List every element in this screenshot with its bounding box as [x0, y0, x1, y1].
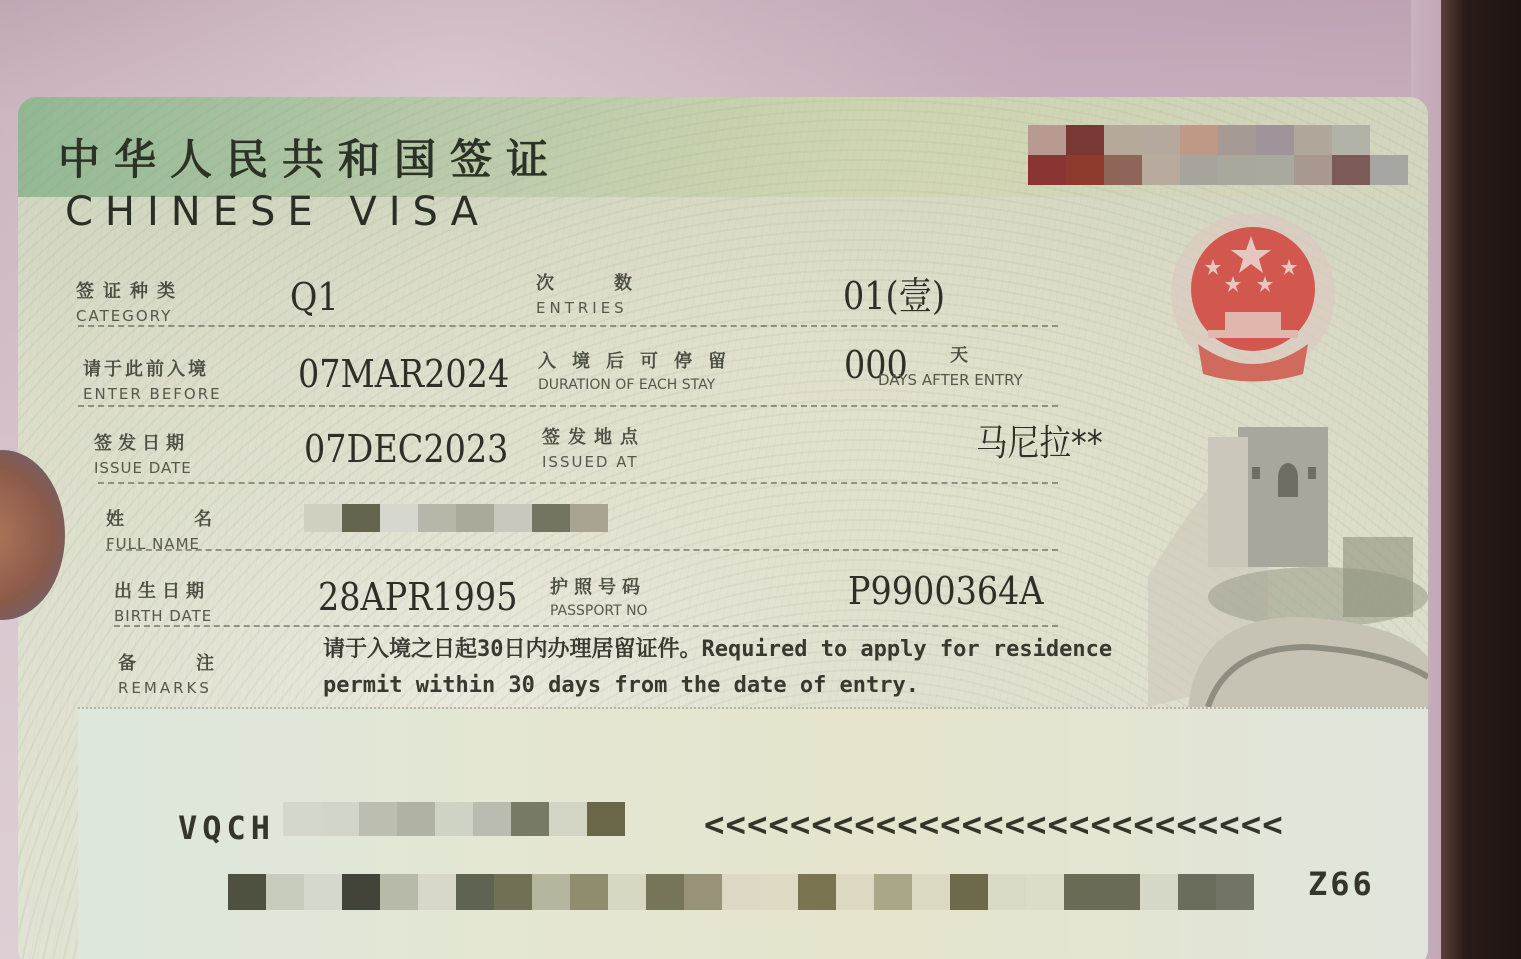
redacted-header-area-row2 [1028, 155, 1408, 185]
mrz-line-1-prefix: VQCH [178, 809, 275, 847]
issue-date-label: 签发日期 ISSUE DATE [94, 429, 192, 477]
entries-label: 次数 ENTRIES [536, 269, 692, 317]
row-divider [114, 625, 1058, 627]
background-surface [1441, 0, 1521, 959]
full-name-value-redacted [304, 504, 608, 532]
birth-date-value: 28APR1995 [318, 575, 517, 619]
mrz-line-1-filler: <<<<<<<<<<<<<<<<<<<<<<<<<<< [704, 805, 1284, 845]
visa-title-en: CHINESE VISA [65, 189, 490, 235]
issued-at-value: 马尼拉** [976, 415, 1103, 466]
issue-date-value: 07DEC2023 [304, 427, 508, 471]
great-wall-illustration [1148, 417, 1428, 707]
duration-unit: 天 DAYS AFTER ENTRY [878, 341, 1023, 389]
visa-title-cn: 中华人民共和国签证 [58, 127, 562, 187]
remarks-label: 备注 REMARKS [118, 649, 274, 697]
duration-label: 入境后可停留 DURATION OF EACH STAY [538, 347, 742, 393]
national-emblem-icon [1153, 214, 1353, 394]
mrz-line-2-suffix: Z66 [1308, 865, 1375, 903]
redacted-header-area [1028, 125, 1370, 155]
passport-no-label: 护照号码 PASSPORT NO [550, 573, 648, 619]
row-divider [78, 325, 1058, 327]
mrz-line-1-redacted [283, 802, 625, 836]
issued-at-label: 签发地点 ISSUED AT [542, 423, 646, 471]
row-divider [106, 549, 1058, 551]
remarks-line-2: permit within 30 days from the date of e… [323, 668, 1112, 704]
row-divider [78, 405, 1058, 407]
mrz-line-2-redacted [228, 874, 1254, 910]
enter-before-label: 请于此前入境 ENTER BEFORE [83, 355, 222, 403]
enter-before-value: 07MAR2024 [298, 352, 509, 396]
remarks-text: 请于入境之日起30日内办理居留证件。Required to apply for … [323, 632, 1112, 704]
passport-no-value: P9900364A [848, 569, 1044, 613]
visa-sticker: 中华人民共和国签证 CHINESE VISA [18, 97, 1428, 959]
full-name-label: 姓名 FULL NAME [106, 505, 282, 553]
remarks-line-1: 请于入境之日起30日内办理居留证件。Required to apply for … [323, 632, 1112, 668]
row-divider [98, 482, 1058, 484]
entries-value: 01(壹) [843, 265, 945, 320]
birth-date-label: 出生日期 BIRTH DATE [114, 577, 212, 625]
category-label: 签证种类 CATEGORY [76, 277, 184, 325]
category-value: Q1 [290, 275, 339, 319]
